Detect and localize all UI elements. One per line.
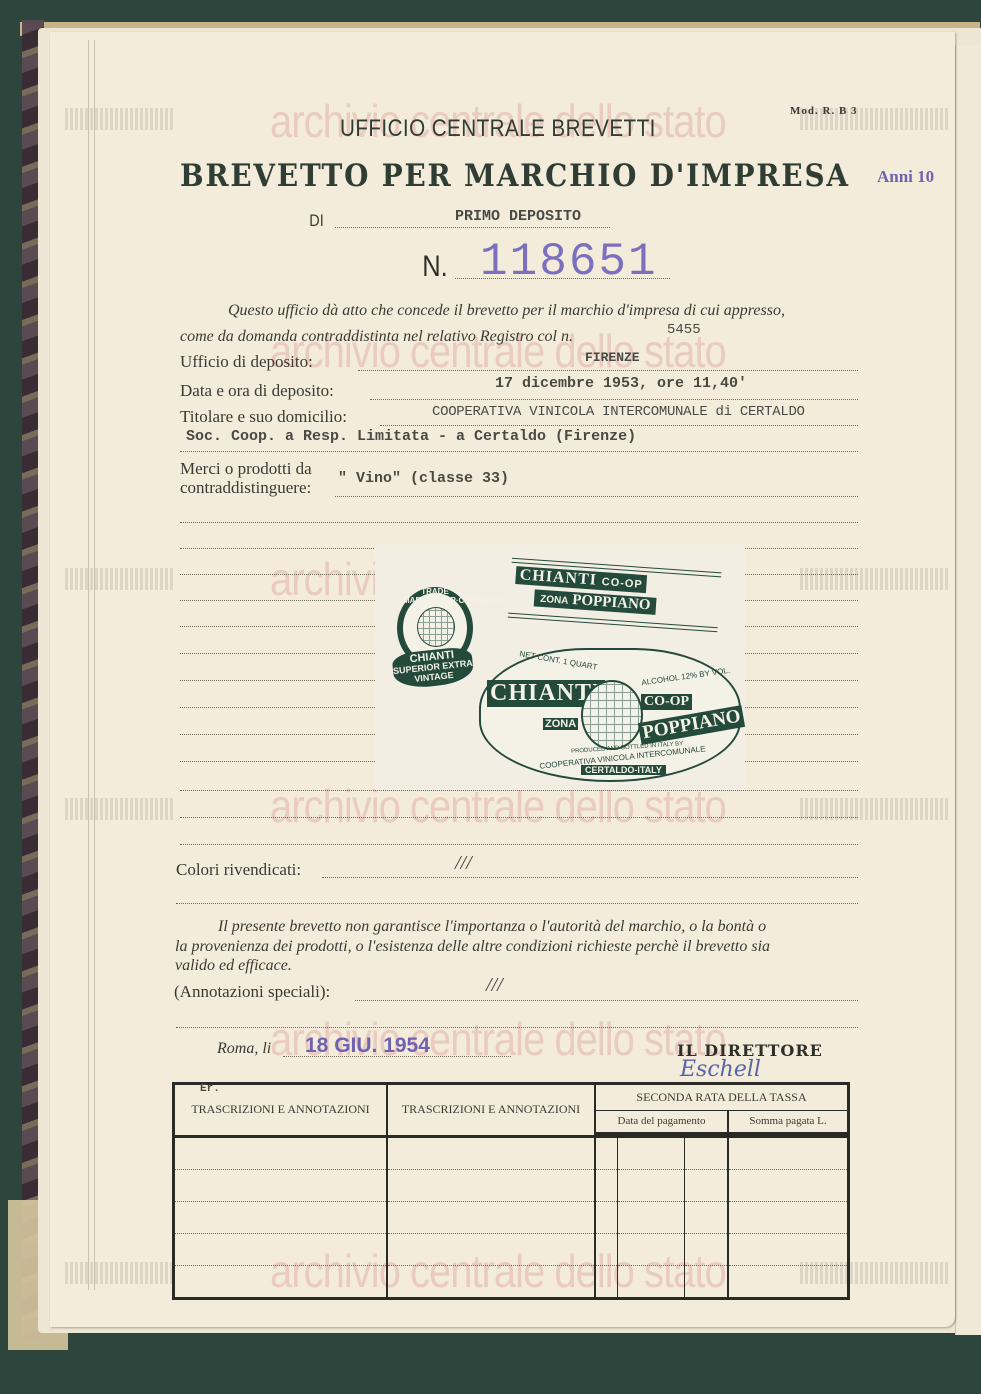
table-row	[174, 1265, 849, 1298]
di-label: DI	[309, 211, 323, 231]
dotted-line	[335, 227, 610, 228]
strip-zona-text: ZONA	[540, 594, 569, 607]
dotted-line	[180, 680, 375, 681]
dotted-line	[745, 600, 858, 601]
label-certaldo-text: CERTALDO-ITALY	[581, 765, 666, 775]
dotted-line	[180, 790, 858, 791]
strip-coop-text: CO-OP	[601, 576, 643, 591]
dotted-line	[355, 1000, 858, 1001]
strip-poppiano-text: POPPIANO	[572, 592, 651, 613]
goods-value: " Vino" (classe 33)	[338, 470, 509, 487]
bottle-label: NET CONT. 1 QUART ALCOHOL 12% BY VOL. CH…	[479, 648, 741, 782]
date-label: Data e ora di deposito:	[180, 381, 334, 401]
colors-value: ///	[455, 852, 472, 875]
date-stamp: 18 GIU. 1954	[305, 1034, 430, 1058]
strip-line	[508, 613, 718, 633]
dotted-line	[745, 707, 858, 708]
label-poppiano-text: POPPIANO	[638, 705, 745, 745]
dotted-line	[380, 425, 858, 426]
dotted-line	[335, 496, 858, 497]
globe-icon	[417, 607, 455, 647]
dotted-line	[180, 626, 375, 627]
watermark-bars	[65, 108, 175, 130]
deposit-type: PRIMO DEPOSITO	[455, 208, 581, 225]
goods-label: contraddistinguere:	[180, 478, 311, 498]
globe-icon	[581, 680, 643, 750]
goods-label: Merci o prodotti da	[180, 459, 312, 479]
label-coop-text: CO-OP	[641, 694, 692, 710]
disclaimer-text: valido ed efficace.	[175, 957, 292, 975]
initials: Er.	[200, 1083, 220, 1095]
dotted-line	[180, 653, 375, 654]
intro-text: come da domanda contraddistinta nel rela…	[180, 328, 573, 346]
next-page-edge	[955, 45, 981, 1335]
dotted-line	[180, 707, 375, 708]
watermark-bars	[800, 568, 950, 590]
dotted-line	[745, 761, 858, 762]
office-value: FIRENZE	[585, 350, 640, 365]
label-alcohol-text: ALCOHOL 12% BY VOL.	[641, 666, 731, 687]
dotted-line	[370, 399, 858, 400]
dotted-line	[745, 574, 858, 575]
dotted-line	[322, 877, 858, 878]
dotted-line	[180, 451, 858, 452]
office-label: Ufficio di deposito:	[180, 352, 313, 372]
years-stamp: Anni 10	[877, 167, 934, 187]
strip-chianti-text: CHIANTI	[519, 566, 597, 588]
holder-label: Titolare e suo domicilio:	[180, 407, 347, 427]
dotted-line	[180, 574, 375, 575]
colors-label: Colori rivendicati:	[176, 860, 301, 880]
annotations-value: ///	[486, 974, 503, 997]
register-number: 5455	[667, 322, 701, 338]
document-title: BREVETTO PER MARCHIO D'IMPRESA	[180, 158, 850, 194]
dotted-line	[176, 903, 858, 904]
dotted-line	[180, 761, 375, 762]
holder-value: COOPERATIVA VINICOLA INTERCOMUNALE di CE…	[432, 404, 805, 420]
dotted-line	[745, 653, 858, 654]
dotted-line	[745, 680, 858, 681]
column-header: SECONDA RATA DELLA TASSA	[595, 1084, 849, 1111]
dotted-line	[180, 844, 858, 845]
place-label: Roma, li	[217, 1040, 271, 1058]
annotations-label: (Annotazioni speciali):	[174, 982, 330, 1002]
dotted-line	[176, 1027, 858, 1028]
intro-text: Questo ufficio dà atto che concede il br…	[228, 302, 785, 320]
dotted-line	[358, 370, 858, 371]
trademark-image: TRADE MARK·CO·OP·CERTALDO CHIANTI SUPERI…	[375, 545, 745, 790]
dotted-line	[745, 626, 858, 627]
table-row	[174, 1233, 849, 1265]
table-row	[174, 1201, 849, 1233]
dotted-line	[745, 734, 858, 735]
table-row	[174, 1169, 849, 1201]
table-row	[174, 1136, 849, 1169]
watermark-bars	[65, 1262, 175, 1284]
label-net-text: NET CONT. 1 QUART	[519, 649, 598, 672]
form-code: Mod. R. B 3	[790, 105, 858, 117]
page-fold-line	[94, 40, 95, 1290]
register-table: TRASCRIZIONI E ANNOTAZIONI TRASCRIZIONI …	[172, 1082, 850, 1300]
disclaimer-text: la provenienza dei prodotti, o l'esisten…	[175, 938, 770, 956]
date-value: 17 dicembre 1953, ore 11,40'	[495, 375, 747, 392]
table-header-row: TRASCRIZIONI E ANNOTAZIONI TRASCRIZIONI …	[174, 1084, 849, 1111]
holder-value-line2: Soc. Coop. a Resp. Limitata - a Certaldo…	[186, 428, 636, 445]
strip-label: CHIANTI CO-OP ZONA POPPIANO	[509, 558, 722, 623]
column-header: TRASCRIZIONI E ANNOTAZIONI	[387, 1084, 595, 1134]
column-subheader: Data del pagamento	[595, 1110, 728, 1133]
disclaimer-text: Il presente brevetto non garantisce l'im…	[218, 918, 766, 936]
dotted-line	[180, 600, 375, 601]
office-heading: UFFICIO CENTRALE BREVETTI	[340, 115, 656, 143]
seal-ring-text: TRADE MARK·CO·OP·CERTALDO	[403, 587, 467, 605]
page-fold-line	[88, 40, 89, 1290]
dotted-line	[180, 817, 858, 818]
watermark-bars	[65, 568, 175, 590]
column-subheader: Somma pagata L.	[728, 1110, 849, 1133]
number-label: N.	[422, 250, 448, 284]
certificate-number: 118651	[480, 236, 658, 288]
dotted-line	[180, 734, 375, 735]
dotted-line	[180, 522, 858, 523]
strip-poppiano: ZONA POPPIANO	[534, 589, 657, 614]
watermark-bars	[65, 798, 175, 820]
director-signature: Eschell	[680, 1057, 761, 1082]
label-zona-text: ZONA	[543, 718, 578, 730]
